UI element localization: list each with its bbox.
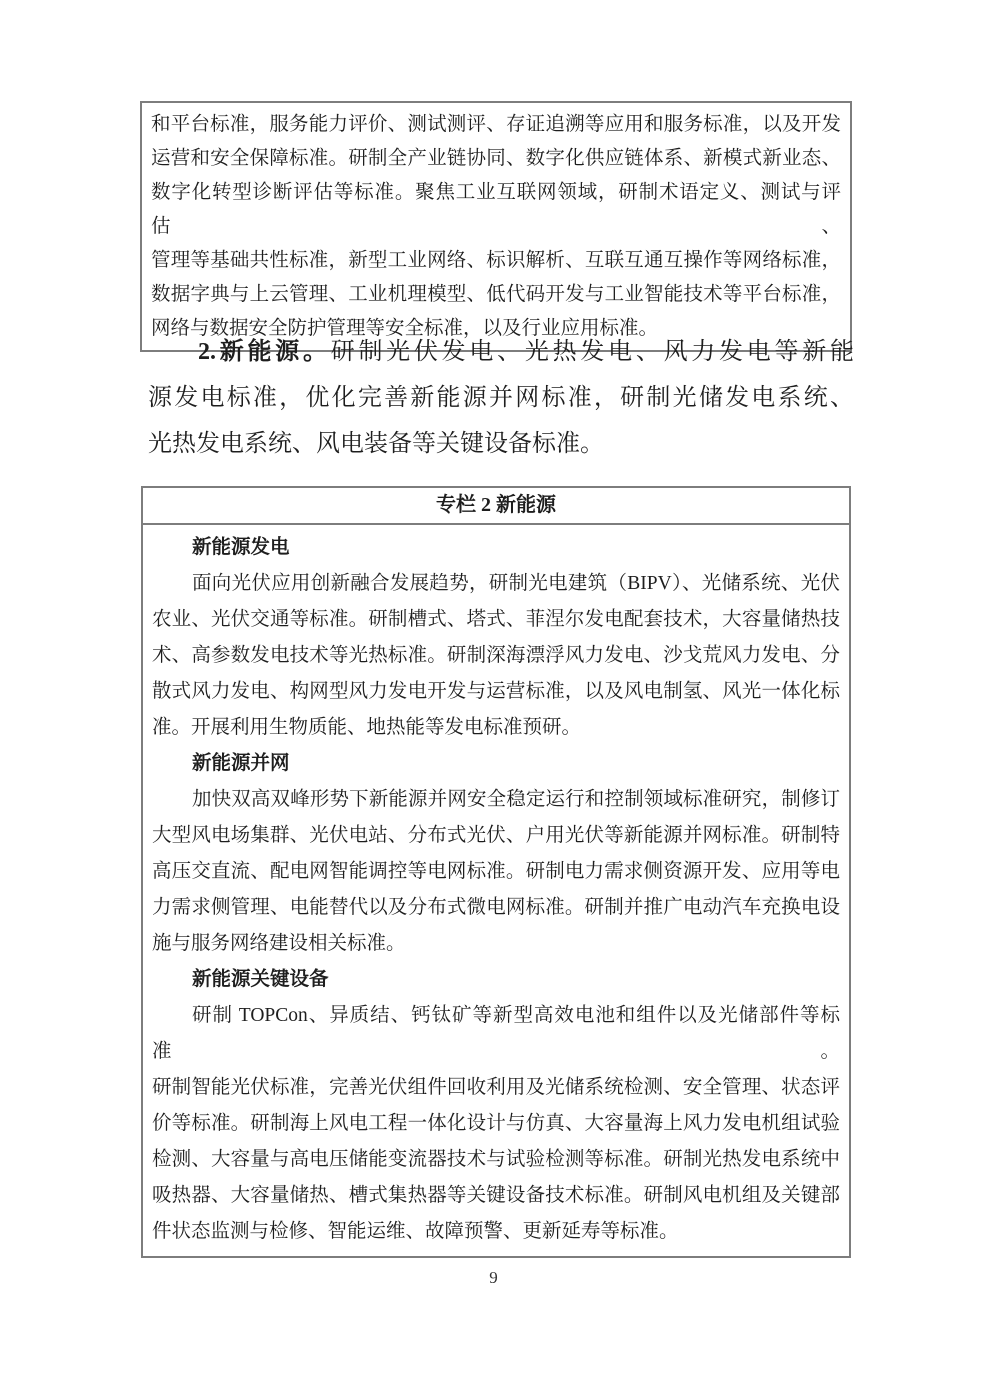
document-page: 和平台标准，服务能力评价、测试测评、存证追溯等应用和服务标准，以及开发 运营和安… <box>0 0 987 1376</box>
column-box-continued: 和平台标准，服务能力评价、测试测评、存证追溯等应用和服务标准，以及开发 运营和安… <box>140 101 852 352</box>
box1-text-line: 数据字典与上云管理、工业机理模型、低代码开发与工业智能技术等平台标准， <box>151 278 841 312</box>
box1-text-line: 数字化转型诊断评估等标准。聚焦工业互联网领域，研制术语定义、测试与评估、 <box>151 176 841 244</box>
body-text-line: 件状态监测与检修、智能运维、故障预警、更新延寿等标准。 <box>152 1214 840 1250</box>
column-box-2-new-energy: 专栏 2 新能源 新能源发电 面向光伏应用创新融合发展趋势，研制光电建筑（BIP… <box>141 486 851 1258</box>
subsection-heading-key-equipment: 新能源关键设备 <box>152 962 840 998</box>
body-text-line: 大型风电场集群、光伏电站、分布式光伏、户用光伏等新能源并网标准。研制特 <box>152 818 840 854</box>
subsection-heading-grid-connection: 新能源并网 <box>152 746 840 782</box>
section-paragraph-new-energy: 2.新能源。研制光伏发电、光热发电、风力发电等新能 源发电标准，优化完善新能源并… <box>148 329 854 467</box>
body-text-line: 检测、大容量与高电压储能变流器技术与试验检测等标准。研制光热发电系统中 <box>152 1142 840 1178</box>
paragraph-line: 光热发电系统、风电装备等关键设备标准。 <box>148 421 854 467</box>
box1-text-line: 运营和安全保障标准。研制全产业链协同、数字化供应链体系、新模式新业态、 <box>151 142 841 176</box>
body-text-line: 研制 TOPCon、异质结、钙钛矿等新型高效电池和组件以及光储部件等标准。 <box>152 998 840 1070</box>
body-text-line: 面向光伏应用创新融合发展趋势，研制光电建筑（BIPV）、光储系统、光伏 <box>152 566 840 602</box>
column-box-title: 专栏 2 新能源 <box>143 488 849 525</box>
paragraph-line-text: 研制光伏发电、光热发电、风力发电等新能 <box>331 339 854 365</box>
body-text-line: 准。开展利用生物质能、地热能等发电标准预研。 <box>152 710 840 746</box>
body-text-line: 散式风力发电、构网型风力发电开发与运营标准，以及风电制氢、风光一体化标 <box>152 674 840 710</box>
paragraph-line: 2.新能源。研制光伏发电、光热发电、风力发电等新能 <box>148 329 854 375</box>
body-text-line: 高压交直流、配电网智能调控等电网标准。研制电力需求侧资源开发、应用等电 <box>152 854 840 890</box>
subsection-heading-generation: 新能源发电 <box>152 530 840 566</box>
body-text-line: 施与服务网络建设相关标准。 <box>152 926 840 962</box>
body-text-line: 农业、光伏交通等标准。研制槽式、塔式、菲涅尔发电配套技术，大容量储热技 <box>152 602 840 638</box>
box1-text-line: 和平台标准，服务能力评价、测试测评、存证追溯等应用和服务标准，以及开发 <box>151 108 841 142</box>
page-number: 9 <box>0 1268 987 1288</box>
column-box-body: 新能源发电 面向光伏应用创新融合发展趋势，研制光电建筑（BIPV）、光储系统、光… <box>143 525 849 1256</box>
body-text-line: 力需求侧管理、电能替代以及分布式微电网标准。研制并推广电动汽车充换电设 <box>152 890 840 926</box>
paragraph-line: 源发电标准，优化完善新能源并网标准，研制光储发电系统、 <box>148 375 854 421</box>
paragraph-lead-bold: 2.新能源。 <box>198 339 331 365</box>
body-text-line: 术、高参数发电技术等光热标准。研制深海漂浮风力发电、沙戈荒风力发电、分 <box>152 638 840 674</box>
box1-text-line: 管理等基础共性标准，新型工业网络、标识解析、互联互通互操作等网络标准， <box>151 244 841 278</box>
body-text-line: 加快双高双峰形势下新能源并网安全稳定运行和控制领域标准研究，制修订 <box>152 782 840 818</box>
body-text-line: 研制智能光伏标准，完善光伏组件回收利用及光储系统检测、安全管理、状态评 <box>152 1070 840 1106</box>
body-text-line: 吸热器、大容量储热、槽式集热器等关键设备技术标准。研制风电机组及关键部 <box>152 1178 840 1214</box>
body-text-line: 价等标准。研制海上风电工程一体化设计与仿真、大容量海上风力发电机组试验 <box>152 1106 840 1142</box>
